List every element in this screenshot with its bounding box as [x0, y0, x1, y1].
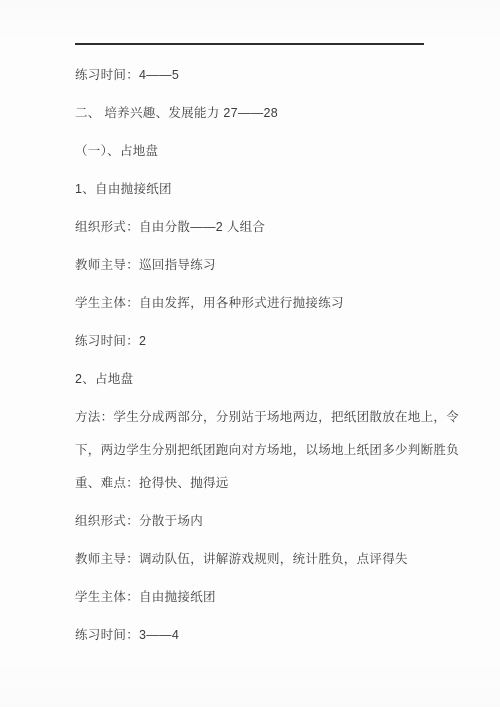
text-line-section-heading: 二、 培养兴趣、发展能力 27——28: [75, 93, 475, 131]
text-line-student-body-2: 学生主体：自由抛接纸团: [75, 577, 475, 615]
text-line-method-2: 下，两边学生分别把纸团跑向对方场地，以场地上纸团多少判断胜负: [75, 435, 475, 463]
document-content: 练习时间：4——5 二、 培养兴趣、发展能力 27——28 （一）、占地盘 1、…: [75, 55, 475, 653]
text-line-item-1-title: 1、自由抛接纸团: [75, 169, 475, 207]
text-line-practice-time-1: 练习时间：4——5: [75, 55, 475, 93]
text-line-organization-2: 组织形式：分散于场内: [75, 501, 475, 539]
text-line-item-2-title: 2、占地盘: [75, 359, 475, 397]
text-line-organization-1: 组织形式：自由分散——2 人组合: [75, 207, 475, 245]
document-page: 练习时间：4——5 二、 培养兴趣、发展能力 27——28 （一）、占地盘 1、…: [0, 0, 500, 707]
text-line-key-points: 重、难点：抢得快、抛得远: [75, 463, 475, 501]
text-line-teacher-lead-1: 教师主导：巡回指导练习: [75, 245, 475, 283]
text-line-teacher-lead-2: 教师主导：调动队伍，讲解游戏规则，统计胜负，点评得失: [75, 539, 475, 577]
horizontal-rule: [75, 43, 424, 45]
text-line-practice-time-2: 练习时间：2: [75, 321, 475, 359]
text-line-subsection-heading: （一）、占地盘: [75, 131, 475, 169]
text-line-student-body-1: 学生主体：自由发挥，用各种形式进行抛接练习: [75, 283, 475, 321]
text-line-method-1: 方法：学生分成两部分，分别站于场地两边，把纸团散放在地上，令: [75, 397, 475, 435]
text-line-practice-time-3: 练习时间：3——4: [75, 615, 475, 653]
